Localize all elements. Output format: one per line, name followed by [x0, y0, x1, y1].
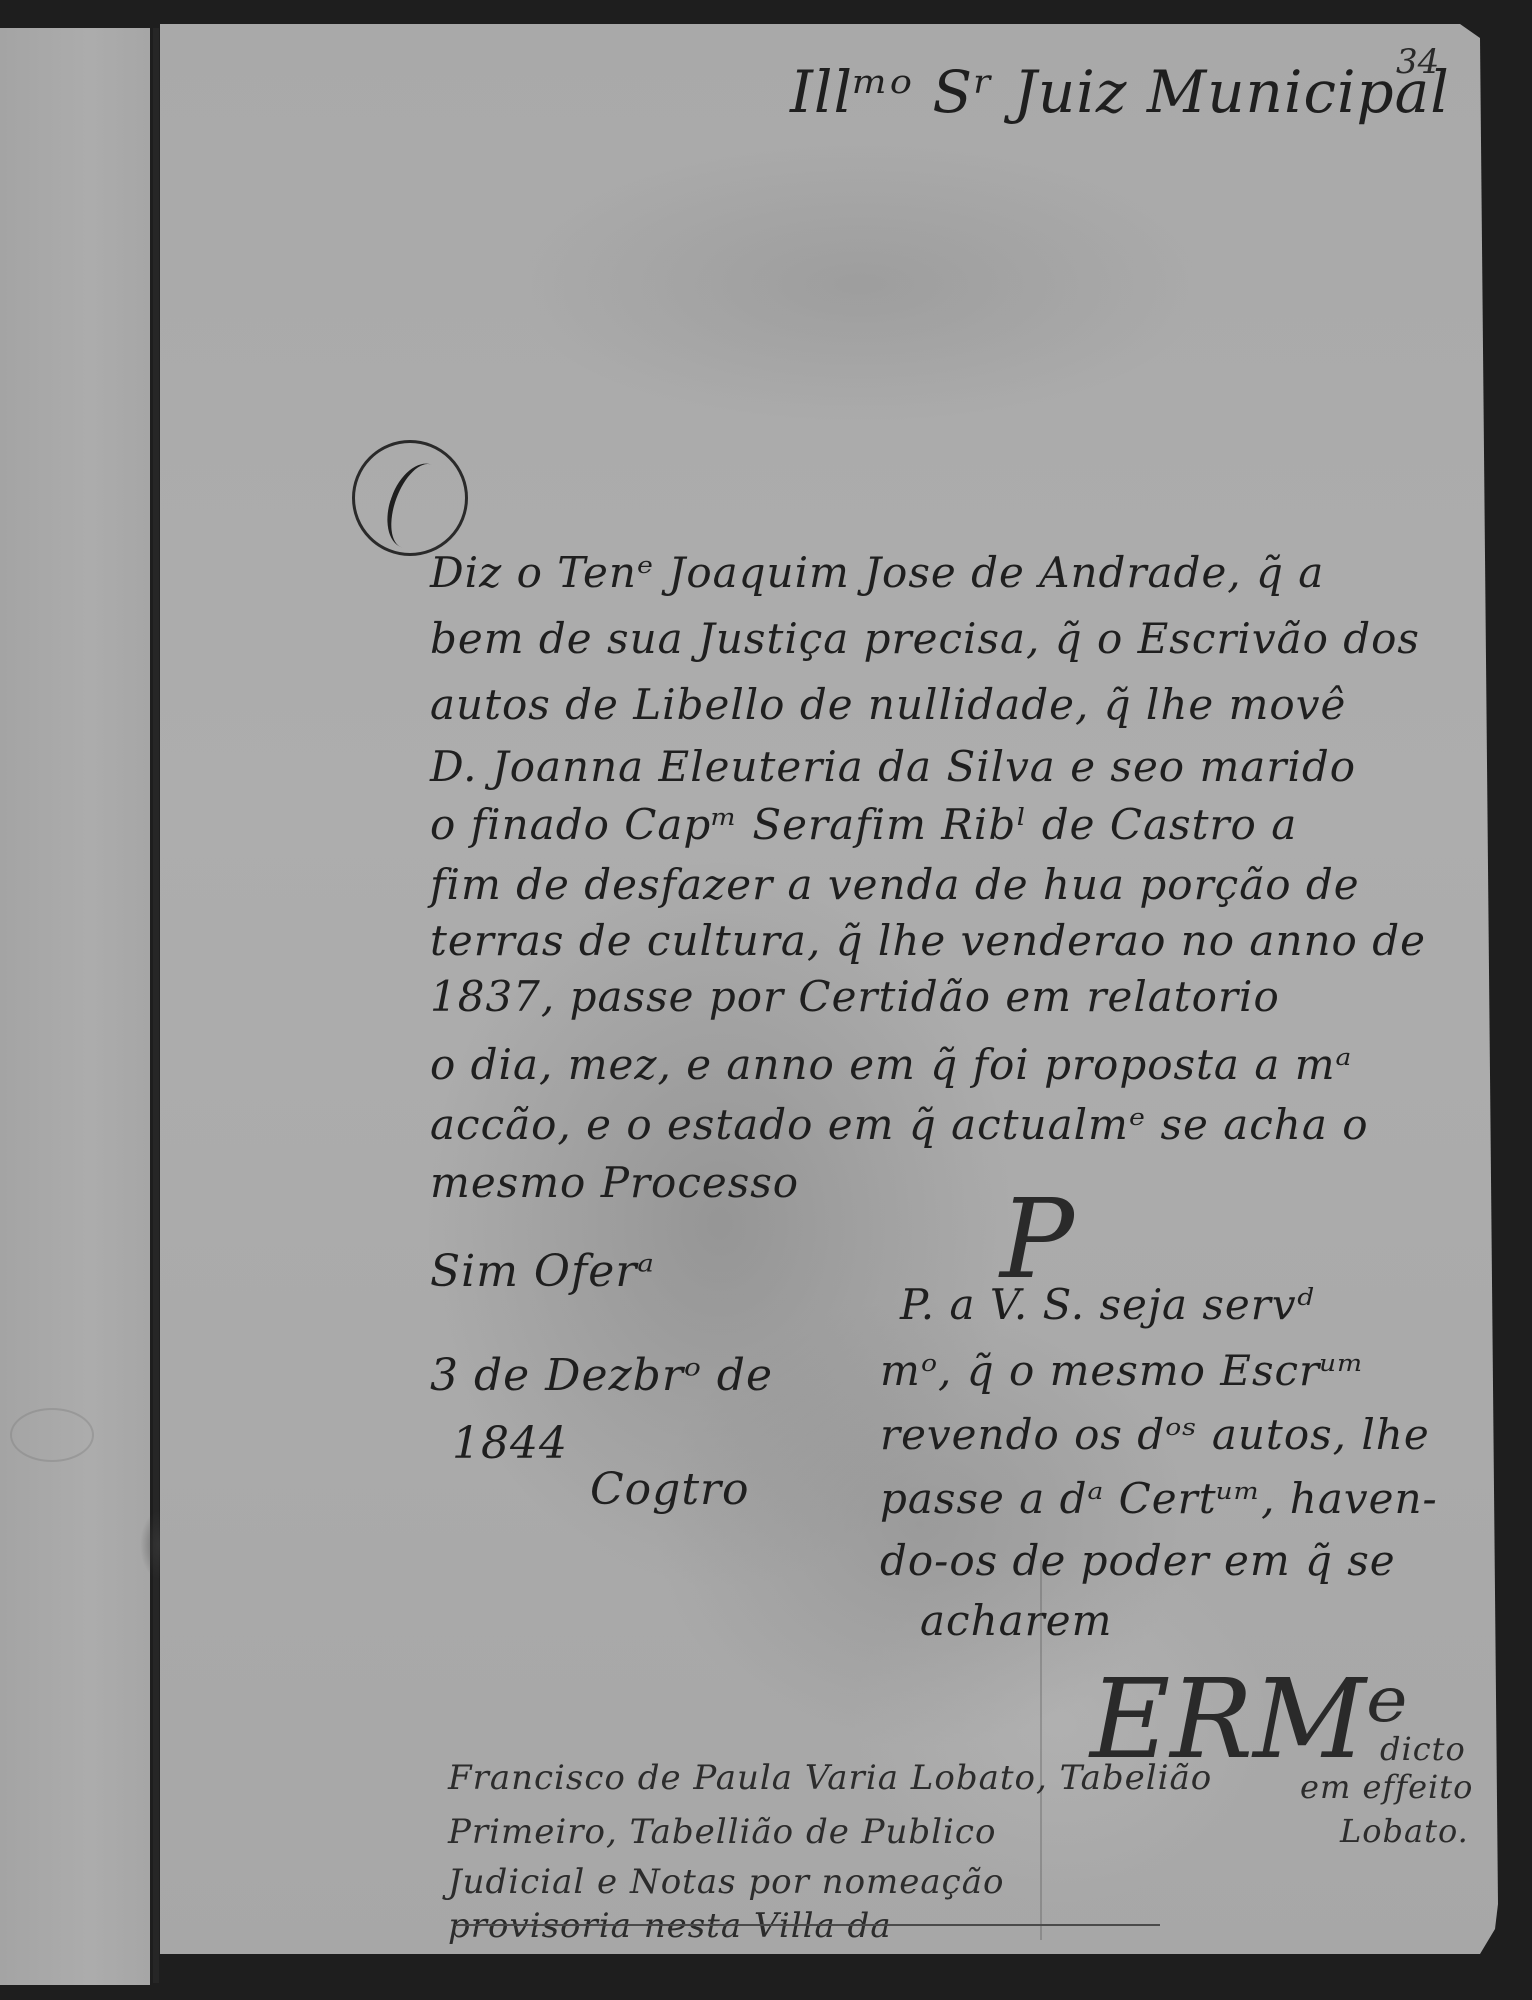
- petition-line: fim de desfazer a venda de hua porção de: [430, 860, 1360, 909]
- certification-note: dicto: [1380, 1730, 1466, 1768]
- petition-line: o finado Capᵐ Serafim Ribˡ de Castro a: [430, 800, 1297, 849]
- decision-line: P. a V. S. seja servᵈ: [900, 1280, 1314, 1329]
- decision-line: do-os de poder em q̃ se: [880, 1536, 1396, 1585]
- petition-line: autos de Libello de nullidade, q̃ lhe mo…: [430, 680, 1346, 729]
- petition-line: bem de sua Justiça precisa, q̃ o Escrivã…: [430, 614, 1420, 663]
- certification-line: provisoria nesta Villa da: [448, 1906, 892, 1946]
- petition-line: o dia, mez, e anno em q̃ foi proposta a …: [430, 1040, 1352, 1089]
- certification-line: Francisco de Paula Varia Lobato, Tabeliã…: [448, 1758, 1212, 1798]
- previous-page-edge: [0, 28, 150, 1985]
- closing-rule: [455, 1924, 1160, 1926]
- closing-date-line: 3 de Dezbrᵒ de: [430, 1350, 773, 1401]
- petition-line: D. Joanna Eleuteria da Silva e seo marid…: [430, 742, 1356, 791]
- decision-line: revendo os dᵒˢ autos, lhe: [880, 1410, 1430, 1459]
- paper-crease: [1040, 1560, 1042, 1940]
- salutation-heading: Illᵐᵒ Sʳ Juiz Municipal: [790, 58, 1450, 126]
- petition-line: Diz o Tenᵉ Joaquim Jose de Andrade, q̃ a: [430, 548, 1324, 597]
- petition-line: accão, e o estado em q̃ actualmᵉ se acha…: [430, 1100, 1369, 1149]
- closing-abbreviation: Cogtro: [590, 1464, 750, 1515]
- closing-line: Sim Oferᵃ: [430, 1246, 655, 1297]
- decision-line: acharem: [920, 1596, 1112, 1645]
- water-stain: [10, 1408, 94, 1462]
- petition-line: mesmo Processo: [430, 1158, 799, 1207]
- certification-note: em effeito: [1300, 1768, 1473, 1806]
- certification-line: Primeiro, Tabellião de Publico: [448, 1812, 996, 1852]
- petition-line: terras de cultura, q̃ lhe venderao no an…: [430, 916, 1426, 965]
- decision-line: mᵒ, q̃ o mesmo Escrᵘᵐ: [880, 1346, 1365, 1395]
- petition-line: 1837, passe por Certidão em relatorio: [430, 972, 1280, 1021]
- decision-line: passe a dᵃ Certᵘᵐ, haven-: [880, 1474, 1438, 1523]
- certification-note: Lobato.: [1340, 1812, 1469, 1850]
- closing-year: 1844: [452, 1418, 568, 1469]
- certification-line: Judicial e Notas por nomeação: [448, 1862, 1004, 1902]
- binding-gutter: [153, 28, 159, 1983]
